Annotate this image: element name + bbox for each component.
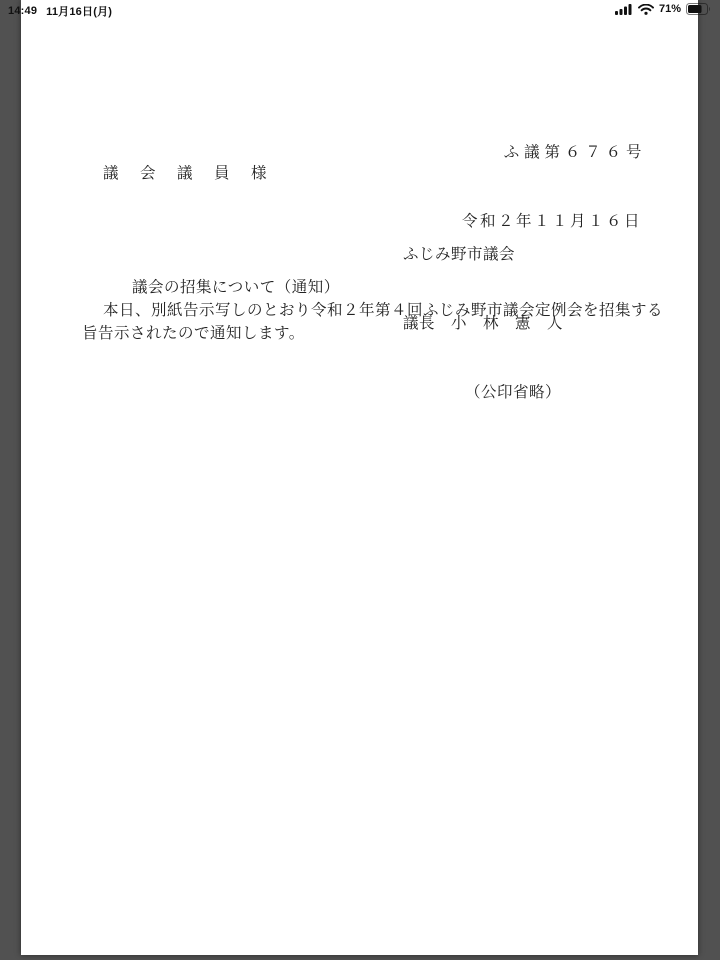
screen: ふ 議 第 ６ ７ ６ 号 令和２年１１月１６日 議 会 議 員 様 ふじみ野市… [0, 0, 720, 960]
status-bar: 14:49 11月16日(月) 71% [0, 0, 720, 20]
document-page[interactable]: ふ 議 第 ６ ７ ６ 号 令和２年１１月１６日 議 会 議 員 様 ふじみ野市… [21, 0, 698, 955]
cellular-signal-icon [615, 4, 633, 15]
clock-time: 14:49 [8, 5, 37, 17]
body-text-line-2: 旨告示されたので通知します。 [82, 322, 305, 345]
battery-icon [686, 3, 711, 15]
document-subject: 議会の招集について（通知） [132, 276, 340, 299]
battery-percent-label: 71% [659, 3, 681, 15]
recipient-line: 議 会 議 員 様 [103, 162, 270, 185]
wifi-icon [638, 4, 654, 15]
status-bar-left: 14:49 11月16日(月) [8, 3, 112, 19]
status-bar-right: 71% [615, 3, 711, 15]
seal-omitted-note: （公印省略） [403, 381, 563, 404]
sender-block: ふじみ野市議会 議長 小 林 憲 人 （公印省略） [403, 197, 563, 450]
status-date: 11月16日(月) [46, 3, 112, 19]
body-text-line-1: 本日、別紙告示写しのとおり令和２年第４回ふじみ野市議会定例会を招集する [103, 299, 663, 322]
document-number: ふ 議 第 ６ ７ ６ 号 [462, 141, 642, 164]
sender-organization: ふじみ野市議会 [403, 243, 563, 266]
